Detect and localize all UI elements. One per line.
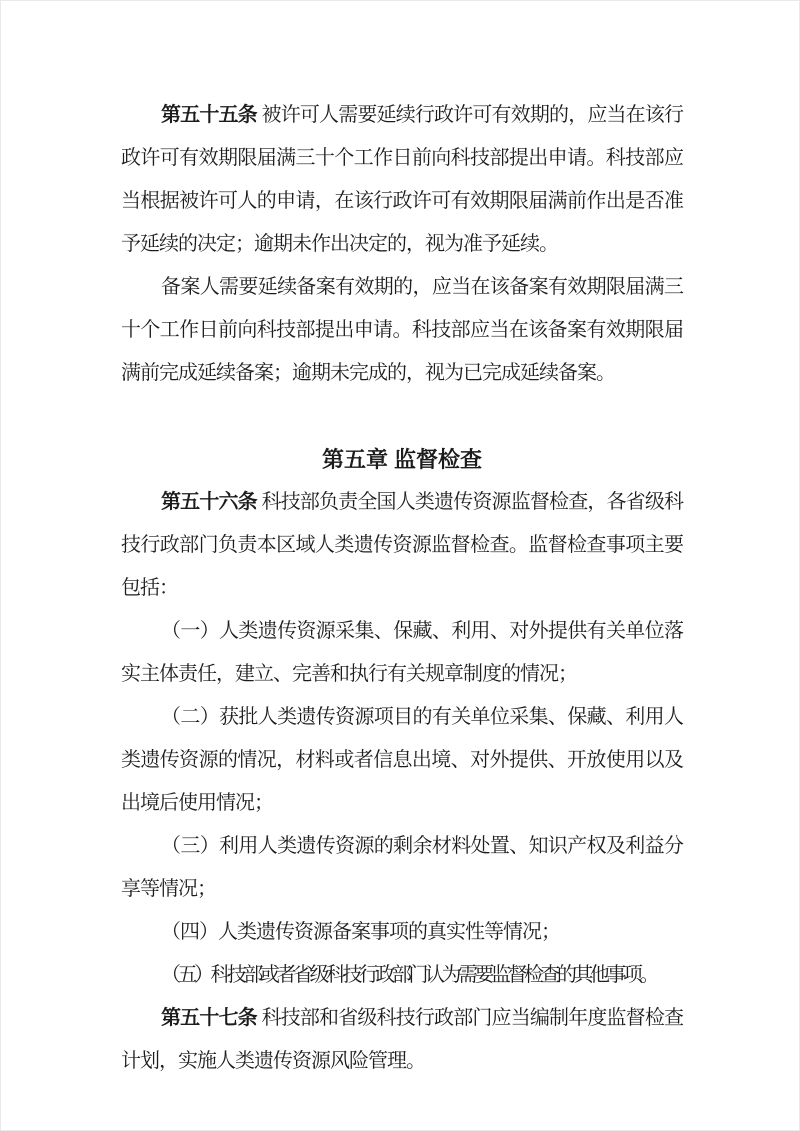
paragraph-filing-renewal-body: 备案人需要延续备案有效期的，应当在该备案有效期限届满三十个工作日前向科技部提出申…: [121, 276, 683, 384]
inspection-item-2: （二）获批人类遗传资源项目的有关单位采集、保藏、利用人类遗传资源的情况，材料或者…: [121, 696, 683, 825]
inspection-item-5: （五）科技部或者省级科技行政部门认为需要监督检查的其他事项。: [121, 954, 683, 997]
inspection-item-1-body: （一）人类遗传资源采集、保藏、利用、对外提供有关单位落实主体责任，建立、完善和执…: [121, 620, 683, 685]
inspection-item-1: （一）人类遗传资源采集、保藏、利用、对外提供有关单位落实主体责任，建立、完善和执…: [121, 610, 683, 696]
inspection-item-4-body: （四）人类遗传资源备案事项的真实性等情况；: [161, 921, 560, 943]
article-56-number: 第五十六条: [161, 491, 257, 513]
article-55-body: 被许可人需要延续行政许可有效期的，应当在该行政许可有效期限届满三十个工作日前向科…: [121, 104, 683, 255]
article-57-number: 第五十七条: [161, 1007, 257, 1029]
inspection-item-2-body: （二）获批人类遗传资源项目的有关单位采集、保藏、利用人类遗传资源的情况，材料或者…: [121, 706, 683, 814]
inspection-item-4: （四）人类遗传资源备案事项的真实性等情况；: [121, 911, 683, 954]
article-55: 第五十五条 被许可人需要延续行政许可有效期的，应当在该行政许可有效期限届满三十个…: [121, 94, 683, 266]
inspection-item-3-body: （三）利用人类遗传资源的剩余材料处置、知识产权及利益分享等情况；: [121, 835, 683, 900]
article-55-number: 第五十五条: [161, 104, 257, 126]
inspection-item-3: （三）利用人类遗传资源的剩余材料处置、知识产权及利益分享等情况；: [121, 825, 683, 911]
article-56: 第五十六条 科技部负责全国人类遗传资源监督检查，各省级科技行政部门负责本区域人类…: [121, 481, 683, 610]
document-page: 第五十五条 被许可人需要延续行政许可有效期的，应当在该行政许可有效期限届满三十个…: [0, 0, 800, 1131]
chapter-5-heading-text: 第五章 监督检查: [322, 447, 482, 472]
chapter-5-heading: 第五章 监督检查: [121, 438, 683, 481]
inspection-item-5-body: （五）科技部或者省级科技行政部门认为需要监督检查的其他事项。: [161, 964, 656, 986]
article-57: 第五十七条 科技部和省级科技行政部门应当编制年度监督检查计划，实施人类遗传资源风…: [121, 997, 683, 1083]
paragraph-filing-renewal: 备案人需要延续备案有效期的，应当在该备案有效期限届满三十个工作日前向科技部提出申…: [121, 266, 683, 395]
